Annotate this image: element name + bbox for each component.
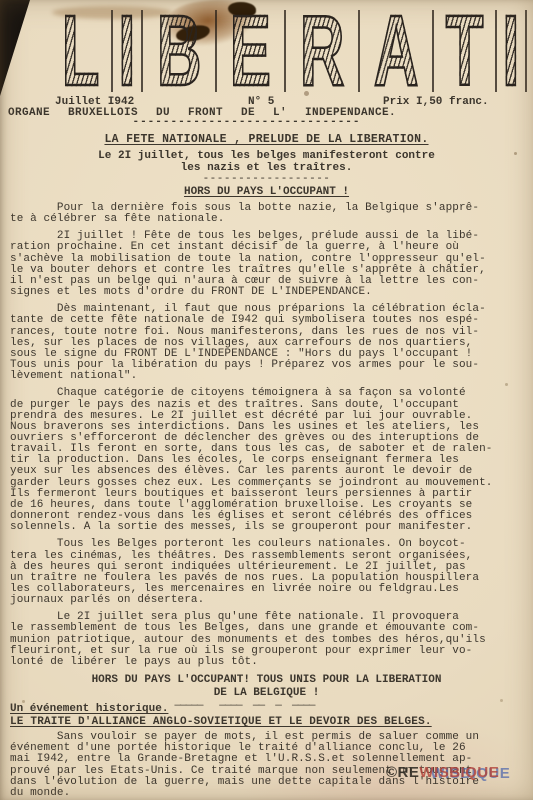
body-paragraph: Dès maintenant, il faut que nous prépari… — [10, 304, 523, 382]
masthead-rule: ------------------------------ — [0, 116, 493, 128]
masthead-letter: A — [360, 10, 434, 92]
masthead-title: LIBERATION — [50, 10, 533, 92]
article-deck: Le 2I juillet, tous les belges manifeste… — [10, 150, 523, 174]
masthead-letter: I — [113, 10, 143, 92]
watermark-suffix: WISBIQUE — [419, 764, 499, 781]
torn-corner — [0, 0, 30, 96]
newspaper-page: LIBERATION Juillet I942 N° 5 Prix I,50 f… — [0, 0, 533, 800]
copyright-watermark: ©REWISBIQUE — [386, 764, 499, 781]
paper-specks — [0, 0, 3, 3]
body-paragraph: Le 2I juillet sera plus qu'une fête nati… — [10, 612, 523, 668]
body-paragraph: Tous les Belges porteront les couleurs n… — [10, 539, 523, 606]
event-kicker-row: Un événement historique. ————— ———— —— —… — [10, 703, 523, 715]
kicker-rule: ————— ———— —— — ———— — [174, 700, 314, 712]
body-paragraph: Chaque catégorie de citoyens témoignera … — [10, 388, 523, 533]
body-paragraph: 2I juillet ! Fête de tous les belges, pr… — [10, 231, 523, 298]
masthead-letter: T — [434, 10, 497, 92]
article-title: LA FETE NATIONALE , PRELUDE DE LA LIBERA… — [10, 133, 523, 146]
masthead-letter: R — [286, 10, 360, 92]
closing-slogan: HORS DU PAYS L'OCCUPANT! TOUS UNIS POUR … — [10, 674, 523, 700]
masthead-letter: L — [50, 10, 113, 92]
event-kicker: Un événement historique. — [10, 703, 168, 715]
section-heading: HORS DU PAYS L'OCCUPANT ! — [10, 186, 523, 198]
masthead-letter: I — [497, 10, 527, 92]
masthead-letter: B — [143, 10, 217, 92]
masthead-letter: O — [527, 10, 533, 92]
masthead-letter: E — [217, 10, 286, 92]
article2-title: LE TRAITE D'ALLIANCE ANGLO-SOVIETIQUE ET… — [10, 716, 523, 728]
watermark-prefix: ©RE — [386, 764, 419, 781]
article-column: LA FETE NATIONALE , PRELUDE DE LA LIBERA… — [10, 133, 523, 800]
body-paragraph: Pour la dernière fois sous la botte nazi… — [10, 203, 523, 225]
deck-rule: ------------------ — [10, 175, 523, 184]
